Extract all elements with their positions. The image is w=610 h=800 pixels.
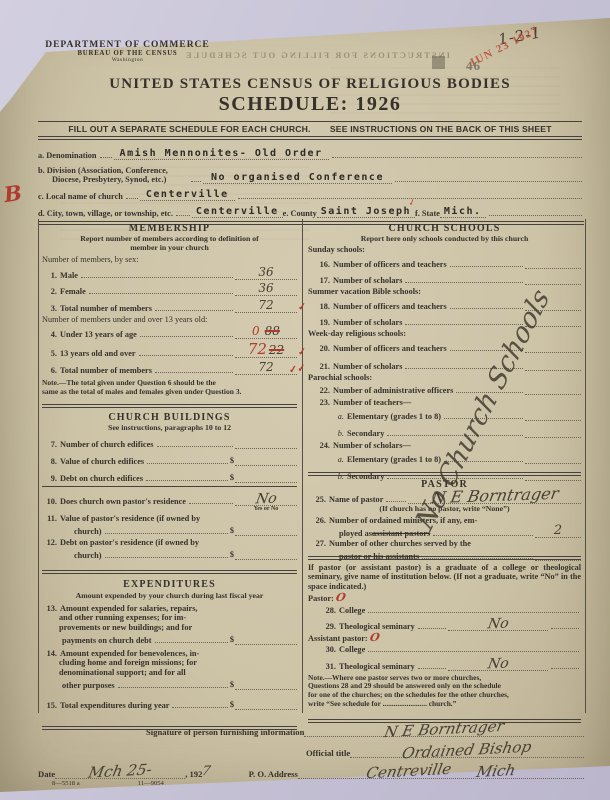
q16-answer [525,268,581,269]
q-letter: a. [308,412,347,421]
membership-group-2: Number of members under and over 13 year… [42,315,297,324]
dollar-sign: $ [230,680,234,689]
schools-group-parochial: Parochial schools: [308,373,581,382]
q-label: Amount expended for benevolences, in- [60,649,199,658]
line-c: c. Local name of church Centerville [38,184,584,201]
q26-line2: ployed as assistant pastors 2 [308,525,581,538]
q-label: Number of other churches served by the [329,539,471,548]
q14-line4: other purposes $ [42,678,297,690]
q-label: Value of pastor's residence (if owned by [60,514,200,523]
q-number: 27. [308,539,329,548]
q-number: 28. [308,606,339,615]
q-number: 26. [308,516,329,525]
q20-answer [525,352,581,353]
graduate-asst-label: Assistant pastor:O [308,631,581,642]
leader-dots [368,651,579,652]
q-label: Secondary [347,429,384,438]
q4-answer: 088 [235,328,297,339]
leader-dots [172,707,227,708]
q-label: Number of officers and teachers [333,260,447,269]
leader-dots [189,503,233,504]
signature-label: Signature of person furnishing informati… [146,727,304,737]
q-number: 8. [42,457,60,466]
q28-row: 28.College [308,602,581,615]
leader-dots [147,463,228,464]
handwritten-no: No [487,660,509,669]
q23b-row: b.Secondary [308,421,581,438]
q-number: 22. [308,386,333,395]
q-label: Number of scholars [333,318,402,327]
schools-heading: CHURCH SCHOOLS [308,223,581,234]
handwritten-no: No [255,495,277,504]
q13-line1: 13.Amount expended for salaries, repairs… [42,602,297,613]
q15-answer [235,709,297,710]
church-schools-section: CHURCH SCHOOLS Report here only schools … [308,223,581,472]
struck-value: 22 [269,346,284,354]
photographed-census-form: INSTRUCTIONS FOR FILLING OUT SCHEDULE DE… [0,0,610,800]
q13-row: 13.Amount expended for salaries, repairs… [42,602,297,645]
signature-row: Signature of person furnishing informati… [38,716,584,737]
leader-dots [450,308,523,309]
city-line: Washington [20,57,235,63]
county-value-text: Saint Joseph [321,206,411,217]
q-number: 6. [42,366,60,375]
leader-dots [551,668,579,669]
date-handwritten: Mch 25- [88,764,153,777]
leader-dots [155,372,233,373]
spacer [42,506,235,512]
q15-row: 15. Total expenditures during year $ [42,690,297,710]
q-label: Amount expended for salaries, repairs, [60,604,198,613]
q-label: College [339,645,365,654]
leader-dots [89,293,233,294]
membership-group-1: Number of members, by sex: [42,255,297,264]
q8-answer [235,465,297,466]
q-number: 13. [42,604,60,613]
q8-row: 8. Value of church edifices $ [42,449,297,466]
division-label-2: Diocese, Presbytery, Synod, etc.) [38,175,188,184]
membership-heading: MEMBERSHIP [42,223,297,234]
denomination-value: Amish Mennonites- Old Order [114,148,329,160]
q-number: 19. [308,318,333,327]
note-line-4: write “See schedule for ................… [308,700,581,709]
q14-answer [235,689,297,690]
ink-smudge [432,56,445,69]
dollar-sign: $ [230,473,234,482]
dollar-sign: $ [230,700,234,709]
q16-row: 16.Number of officers and teachers [308,254,581,269]
q-label: Number of officers and teachers [333,302,447,311]
q30-row: 30.College [308,642,581,654]
q-number: 25. [308,495,329,504]
leader-dots [155,642,228,643]
q14-row: 14.Amount expended for benevolences, in-… [42,647,297,690]
leader-dots [155,310,233,311]
section-rule [42,570,297,574]
left-column: MEMBERSHIP Report number of members acco… [39,219,303,713]
po-address-value-line: CentrevilleMich [298,766,584,779]
expenditures-section: EXPENDITURES Amount expended by your chu… [42,579,297,726]
division-label-1: b. Division (Association, Conference, [38,166,188,175]
q27-line1: 27.Number of other churches served by th… [308,538,581,548]
leader-dots [450,266,523,267]
q-label: Theological seminary [339,662,415,671]
leader-dots [100,157,112,158]
q-label: Total number of members [60,366,152,375]
dollar-sign: $ [230,635,234,644]
schools-sub: Report here only schools conducted by th… [308,234,581,243]
state-value: Mich. [440,206,486,218]
q22-row: 22.Number of administrative officers [308,382,581,395]
leader-dots [395,181,582,182]
po-address-label: P. O. Address [249,769,298,779]
form-number-left: 8—5518 a [52,780,80,787]
section-rule [42,404,297,408]
note-line-2: same as the total of males and females g… [42,388,297,397]
q-label: Under 13 years of age [60,330,137,339]
q-label: Number of scholars [333,362,402,371]
banner-text: FILL OUT A SEPARATE SCHEDULE FOR EACH CH… [38,122,582,136]
handwritten-value: 36 [258,284,273,292]
q26-answer: 2 [535,528,581,538]
q-label-cont: church) [60,527,102,536]
form-title: UNITED STATES CENSUS OF RELIGIOUS BODIES [38,76,582,93]
division-label: b. Division (Association, Conference, Di… [38,166,188,184]
dollar-sign: $ [230,550,234,559]
official-title-value-line: Ordained Bishop [350,745,584,758]
graduate-pastor-label: Pastor:O [308,591,581,602]
leader-dots [433,535,533,536]
leader-dots [176,215,190,216]
sub-rule [42,486,297,487]
red-margin-mark: B [2,180,23,207]
q-label-cont: pastor or his assistants [329,552,419,561]
q9-row: 9. Debt on church edifices $ [42,466,297,483]
q2-answer: 36 [235,285,297,296]
leader-dots [140,336,233,337]
q-label: Does church own pastor's residence [60,497,186,506]
po-town-handwritten: Centreville [365,764,452,778]
form-number-right: 11—9054 [138,780,164,787]
leader-dots [191,181,201,182]
q-label: Number of teachers— [333,398,411,407]
right-column: No Church Schools CHURCH SCHOOLS Report … [303,219,585,713]
dollar-sign: $ [230,456,234,465]
buildings-sub: See instructions, paragraphs 10 to 12 [42,423,297,432]
division-value: No organised Conference [203,172,392,184]
county-label: e. County [283,209,317,218]
q-label: Name of pastor [329,495,383,504]
banner-sentence-2: SEE INSTRUCTIONS ON THE BACK OF THIS SHE… [330,124,552,134]
q13-line2: and other running expenses; for im- [42,613,297,623]
department-line: DEPARTMENT OF COMMERCE [20,40,235,50]
banner-rule [38,136,582,140]
q27-answer [535,560,581,561]
red-circle-mark: O [369,631,381,644]
q-label: Debt on pastor's residence (if owned by [60,538,199,547]
q3-row: 3. Total number of members 72✓ [42,296,297,313]
q23b-answer [525,437,581,438]
q22-answer [525,394,581,395]
membership-sub-1: Report number of members according to de… [42,234,297,243]
line-d: d. City, town, village, or township, etc… [38,201,584,218]
leader-dots [405,282,523,283]
q-label: Elementary (grades 1 to 8) [347,455,441,464]
q-number: 3. [42,304,60,313]
leader-dots [332,157,582,158]
q23a-row: a.Elementary (grades 1 to 8) [308,407,581,421]
q2-row: 2. Female 36 [42,280,297,296]
q7-answer [235,448,297,449]
q-label-cont: other purposes [60,681,115,690]
local-name-label: c. Local name of church [38,192,123,201]
q11-line1: 11. Value of pastor's residence (if owne… [42,512,297,523]
q31-row: 31.Theological seminaryNo [308,654,581,671]
county-value: Saint Joseph ✓ [317,206,415,218]
graduate-section: If pastor (or assistant pastor) is a gra… [308,563,581,719]
q7-row: 7. Number of church edifices [42,432,297,449]
q-number: 2. [42,287,60,296]
leader-dots [105,557,228,558]
q21-answer [525,370,581,371]
q-number: 20. [308,344,333,353]
red-circle-mark: O [335,591,347,604]
handwritten-value: 36 [258,268,273,276]
leader-dots [146,480,228,481]
buildings-heading: CHURCH BUILDINGS [42,412,297,423]
q-number: 15. [42,701,60,710]
q-label: College [339,606,365,615]
q-letter: b. [308,472,347,481]
q9-answer [235,482,297,483]
q12-line2: church) $ [42,547,297,560]
q-label-cont: ployed as [329,529,372,538]
signature-handwritten: N E Borntrager [383,721,505,737]
date-and-address-row: Date Mch 25- , 192 7 P. O. Address Centr… [38,758,584,779]
q-number: 30. [308,645,339,654]
leader-dots [422,558,533,559]
agency-block: DEPARTMENT OF COMMERCE BUREAU OF THE CEN… [20,40,235,63]
city-label: d. City, town, village, or township, etc… [38,209,173,218]
q-label: Total number of members [60,304,152,313]
leader-dots [139,355,233,356]
graduate-intro: If pastor (or assistant pastor) is a gra… [308,563,581,591]
date-value-line: Mch 25- [55,766,185,779]
q-label: Total expenditures during year [60,701,169,710]
leader-dots [489,215,582,216]
identification-section: a. Denomination Amish Mennonites- Old Or… [38,145,584,225]
red-correction-value: 72 [248,345,267,353]
q-number: 29. [308,622,339,631]
q-letter: a. [308,455,347,464]
q-label: Theological seminary [339,622,415,631]
q-label: Debt on church edifices [60,474,143,483]
state-label: f. State [415,209,440,218]
struck-value: 88 [265,327,280,335]
leader-dots [126,198,138,199]
q1-row: 1. Male 36 [42,264,297,280]
handwritten-value: 2 [554,527,562,535]
q5-row: 5. 13 years old and over 7222✓ [42,339,297,358]
dollar-sign: $ [230,526,234,535]
red-correction-value: 0 [252,327,260,335]
q-label-cont: payments on church debt [60,636,152,645]
q-number: 10. [42,497,60,506]
q-label: Secondary [347,472,384,481]
q4-row: 4. Under 13 years of age 088 [42,324,297,339]
q20-row: 20.Number of officers and teachers [308,338,581,353]
pastor-label: Pastor: [308,594,334,603]
q-number: 11. [42,514,60,523]
q-number: 5. [42,349,60,358]
q11-line2: church) $ [42,523,297,536]
line-a: a. Denomination Amish Mennonites- Old Or… [38,145,584,160]
q13-line4: payments on church debt $ [42,633,297,645]
leader-dots [405,324,523,325]
q-number: 7. [42,440,60,449]
official-title-handwritten: Ordained Bishop [402,742,533,759]
q-number: 14. [42,649,60,658]
leader-dots [81,277,233,278]
q-number: 16. [308,260,333,269]
q-label: Number of administrative officers [333,386,453,395]
q24b-answer [525,480,581,481]
q29-row: 29.Theological seminaryNo [308,615,581,631]
q24a-answer [525,463,581,464]
q11-row: 11. Value of pastor's residence (if owne… [42,512,297,536]
leader-dots [551,628,579,629]
local-name-value: Centerville [140,189,235,201]
q-number: 31. [308,662,339,671]
date-label: Date [38,769,55,779]
leader-dots [118,687,228,688]
q11-answer [235,535,297,536]
membership-section: MEMBERSHIP Report number of members acco… [42,223,297,404]
po-state-handwritten: Mich [476,765,517,777]
banner-sentence-1: FILL OUT A SEPARATE SCHEDULE FOR EACH CH… [68,124,310,134]
church-buildings-section: CHURCH BUILDINGS See instructions, parag… [42,412,297,570]
q14-line2: cluding home and foreign missions; for [42,658,297,668]
q-number: 18. [308,302,333,311]
q23-row: 23.Number of teachers— [308,395,581,407]
q-label: Number of ordained ministers, if any, em… [329,516,477,525]
q21-row: 21.Number of scholars [308,353,581,371]
year-digit-handwritten: 7 [201,764,212,779]
q23a-answer [525,420,581,421]
q-number: 24. [308,441,333,450]
handwritten-no: No [487,620,509,629]
official-title-label: Official title [306,748,350,758]
expenditures-sub: Amount expended by your church during la… [42,591,297,600]
q-letter: b. [308,429,347,438]
q10-answer: No [235,495,297,506]
schedule-title: SCHEDULE: 1926 [38,93,582,116]
q-number: 23. [308,398,333,407]
handwritten-value: 72 [258,301,273,309]
q6-answer: 72✓✓ [235,364,297,375]
q-number: 4. [42,330,60,339]
city-value: Centerville [192,206,283,218]
leader-dots [386,501,406,502]
bureau-line: BUREAU OF THE CENSUS [20,50,235,57]
q-label: Number of scholars [333,276,402,285]
membership-note: Note.—The total given under Question 6 s… [42,379,297,396]
leader-dots [418,628,446,629]
q10-row: 10. Does church own pastor's residence N… [42,491,297,506]
q-number: 12. [42,538,60,547]
q14-line3: denominational support; and for all [42,668,297,678]
q14-line1: 14.Amount expended for benevolences, in- [42,647,297,658]
q31-answer: No [448,660,548,671]
q-label: Male [60,271,78,280]
q-label: Female [60,287,86,296]
q5-answer: 7222✓ [235,346,297,358]
leader-dots [368,612,579,613]
q3-answer: 72✓ [235,302,297,313]
official-title-row: Official title Ordained Bishop [38,737,584,758]
q1-answer: 36 [235,269,297,280]
line-b: b. Division (Association, Conference, Di… [38,160,584,184]
banner-box: FILL OUT A SEPARATE SCHEDULE FOR EACH CH… [38,121,582,140]
q-number: 17. [308,276,333,285]
q13-answer [235,644,297,645]
signature-value-line: N E Borntrager [304,724,584,737]
q-label-cont: church) [60,551,102,560]
membership-sub-2: member in your church [42,243,297,252]
handwritten-value: 72 [258,363,273,371]
q-label: Number of church edifices [60,440,154,449]
q-number: 21. [308,362,333,371]
q-label: Number of scholars— [333,441,411,450]
form-number-row: 8—5518 a 11—9054 [38,780,584,787]
q29-answer: No [448,620,548,631]
q12-line1: 12. Debt on pastor's residence (if owned… [42,536,297,547]
graduate-note: Note.—Where one pastor serves two or mor… [308,674,581,708]
q6-row: 6. Total number of members 72✓✓ [42,358,297,375]
columns-area: MEMBERSHIP Report number of members acco… [38,219,586,713]
q-label: Elementary (grades 1 to 8) [347,412,441,421]
q-number: 9. [42,474,60,483]
q-number: 1. [42,271,60,280]
denomination-label: a. Denomination [38,151,97,160]
signature-block: Signature of person furnishing informati… [38,716,584,787]
leader-dots [418,668,446,669]
schools-group-sunday: Sunday schools: [308,245,581,254]
q13-line3: provements or new buildings; and for [42,623,297,633]
leader-dots [105,533,228,534]
q12-row: 12. Debt on pastor's residence (if owned… [42,536,297,560]
q-label: Number of officers and teachers [333,344,447,353]
q-label: 13 years old and over [60,349,136,358]
leader-dots [157,446,234,447]
expenditures-heading: EXPENDITURES [42,579,297,590]
q12-answer [235,559,297,560]
assistant-pastor-label: Assistant pastor: [308,634,368,643]
q-label: Value of church edifices [60,457,144,466]
